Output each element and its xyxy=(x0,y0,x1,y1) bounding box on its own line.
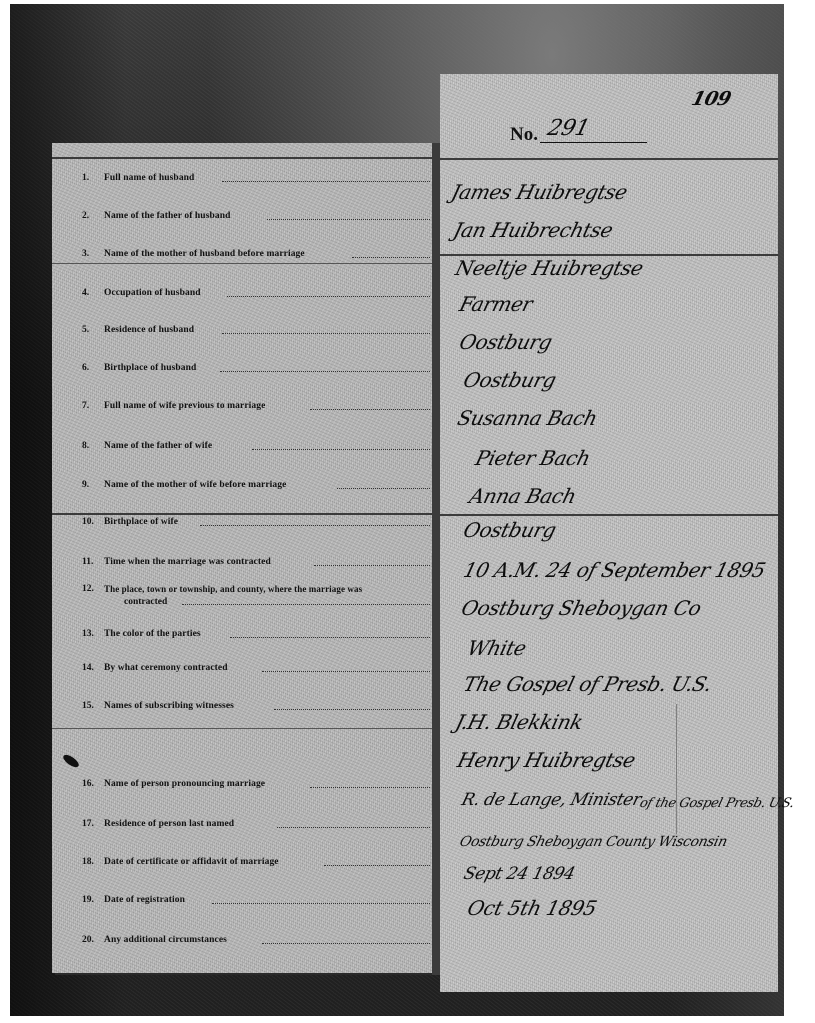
registration-date-value: Oct 5th 1895 xyxy=(465,896,599,920)
field-label: Residence of person last named xyxy=(104,819,234,829)
field-label-8: 8. Name of the father of wife xyxy=(52,441,432,461)
dotted-leader xyxy=(227,288,430,297)
dotted-leader xyxy=(274,701,430,710)
dotted-leader xyxy=(352,249,430,258)
field-label: Name of person pronouncing marriage xyxy=(104,779,265,789)
handwritten-entries-sheet: 109 No. 291 James Huibregtse Jan Huibrec… xyxy=(440,74,778,992)
field-label-13: 13. The color of the parties xyxy=(52,629,432,649)
field-label-14: 14. By what ceremony contracted xyxy=(52,663,432,683)
field-number: 3. xyxy=(82,249,89,259)
form-labels-sheet: 1. Full name of husband 2. Name of the f… xyxy=(52,143,432,973)
field-label-5: 5. Residence of husband xyxy=(52,325,432,345)
field-label-4: 4. Occupation of husband xyxy=(52,288,432,308)
field-label: Full name of wife previous to marriage xyxy=(104,401,265,411)
field-label-18: 18. Date of certificate or affidavit of … xyxy=(52,857,432,877)
field-number: 13. xyxy=(82,629,94,639)
register-number-value: 291 xyxy=(545,116,592,141)
register-number-underline xyxy=(540,142,647,143)
field-number: 9. xyxy=(82,480,89,490)
ceremony-value: The Gospel of Presb. U.S. xyxy=(461,672,714,696)
dotted-leader xyxy=(220,363,430,372)
field-label: Date of certificate or affidavit of marr… xyxy=(104,857,279,867)
field-label: Any additional circumstances xyxy=(104,935,227,945)
officiant-title-note: of the Gospel Presb. U.S. xyxy=(638,796,796,811)
register-number-label: No. xyxy=(510,124,538,146)
field-number: 20. xyxy=(82,935,94,945)
field-label-12: 12. The place, town or township, and cou… xyxy=(52,584,432,614)
husband-father-value: Jan Huibrechtse xyxy=(451,218,615,242)
field-label: Residence of husband xyxy=(104,325,194,335)
field-label: Name of the father of wife xyxy=(104,441,212,451)
dotted-leader xyxy=(267,211,430,220)
dotted-leader xyxy=(182,596,430,605)
field-number: 7. xyxy=(82,401,89,411)
marriage-time-value: 10 A.M. 24 of September 1895 xyxy=(461,558,768,582)
field-label-9: 9. Name of the mother of wife before mar… xyxy=(52,480,432,500)
wife-mother-value: Anna Bach xyxy=(467,484,579,508)
field-label: By what ceremony contracted xyxy=(104,663,228,673)
field-label: Names of subscribing witnesses xyxy=(104,701,234,711)
field-label: Birthplace of wife xyxy=(104,517,178,527)
dotted-leader xyxy=(252,441,430,450)
field-label: Name of the father of husband xyxy=(104,211,231,221)
field-label-6: 6. Birthplace of husband xyxy=(52,363,432,383)
field-label-19: 19. Date of registration xyxy=(52,895,432,915)
wife-name-value: Susanna Bach xyxy=(455,406,600,430)
field-label: Time when the marriage was contracted xyxy=(104,557,271,567)
field-label-20: 20. Any additional circumstances xyxy=(52,935,432,955)
field-label: Occupation of husband xyxy=(104,288,201,298)
field-number: 8. xyxy=(82,441,89,451)
dotted-leader xyxy=(200,517,430,526)
ink-blot xyxy=(61,753,80,770)
section-rule xyxy=(52,728,432,729)
field-number: 11. xyxy=(82,557,93,567)
field-number: 17. xyxy=(82,819,94,829)
top-rule xyxy=(440,158,778,160)
top-rule xyxy=(52,157,432,159)
field-number: 14. xyxy=(82,663,94,673)
field-number: 19. xyxy=(82,895,94,905)
field-label-continued: contracted xyxy=(124,597,167,607)
field-number: 16. xyxy=(82,779,94,789)
field-number: 15. xyxy=(82,701,94,711)
dotted-leader xyxy=(230,629,430,638)
page-number: 109 xyxy=(689,88,733,110)
dotted-leader xyxy=(337,480,430,489)
dotted-leader xyxy=(222,173,430,182)
field-number: 5. xyxy=(82,325,89,335)
field-number: 10. xyxy=(82,517,94,527)
dotted-leader xyxy=(324,857,430,866)
field-label: Full name of husband xyxy=(104,173,194,183)
field-label-3: 3. Name of the mother of husband before … xyxy=(52,249,432,269)
husband-mother-value: Neeltje Huibregtse xyxy=(453,256,646,280)
section-rule xyxy=(52,513,432,515)
officiant-value: R. de Lange, Minister xyxy=(460,790,644,810)
husband-birthplace-value: Oostburg xyxy=(461,368,559,392)
field-label-11: 11. Time when the marriage was contracte… xyxy=(52,557,432,577)
wife-father-value: Pieter Bach xyxy=(473,446,593,470)
field-label: Name of the mother of wife before marria… xyxy=(104,480,286,490)
field-label-10: 10. Birthplace of wife xyxy=(52,517,432,537)
field-number: 4. xyxy=(82,288,89,298)
dotted-leader xyxy=(262,935,430,944)
marriage-place-value: Oostburg Sheboygan Co xyxy=(459,596,704,620)
field-label-2: 2. Name of the father of husband xyxy=(52,211,432,231)
field-label-1: 1. Full name of husband xyxy=(52,173,432,193)
dotted-leader xyxy=(262,663,430,672)
field-label-16: 16. Name of person pronouncing marriage xyxy=(52,779,432,799)
dotted-leader xyxy=(277,819,430,828)
witness-1-value: J.H. Blekkink xyxy=(453,710,585,734)
dotted-leader xyxy=(310,401,430,410)
field-number: 6. xyxy=(82,363,89,373)
dotted-leader xyxy=(212,895,430,904)
husband-name-value: James Huibregtse xyxy=(449,180,630,204)
field-number: 12. xyxy=(82,584,94,594)
certificate-date-value: Sept 24 1894 xyxy=(462,864,577,884)
husband-occupation-value: Farmer xyxy=(457,292,535,316)
husband-residence-value: Oostburg xyxy=(457,330,555,354)
witness-2-value: Henry Huibregtse xyxy=(455,748,638,772)
section-rule xyxy=(440,514,778,516)
color-of-parties-value: White xyxy=(465,636,529,660)
field-label-17: 17. Residence of person last named xyxy=(52,819,432,839)
dotted-leader xyxy=(314,557,430,566)
ruled-column-line xyxy=(676,704,677,834)
field-label: Date of registration xyxy=(104,895,185,905)
field-label: Birthplace of husband xyxy=(104,363,196,373)
section-rule xyxy=(52,263,432,264)
dotted-leader xyxy=(310,779,430,788)
field-label-7: 7. Full name of wife previous to marriag… xyxy=(52,401,432,421)
field-number: 2. xyxy=(82,211,89,221)
field-label-15: 15. Names of subscribing witnesses xyxy=(52,701,432,721)
dotted-leader xyxy=(222,325,430,334)
officiant-residence-value: Oostburg Sheboygan County Wisconsin xyxy=(458,834,729,850)
field-label: The place, town or township, and county,… xyxy=(104,584,362,594)
field-number: 18. xyxy=(82,857,94,867)
field-label: Name of the mother of husband before mar… xyxy=(104,249,305,259)
field-label: The color of the parties xyxy=(104,629,201,639)
wife-birthplace-value: Oostburg xyxy=(461,518,559,542)
field-number: 1. xyxy=(82,173,89,183)
